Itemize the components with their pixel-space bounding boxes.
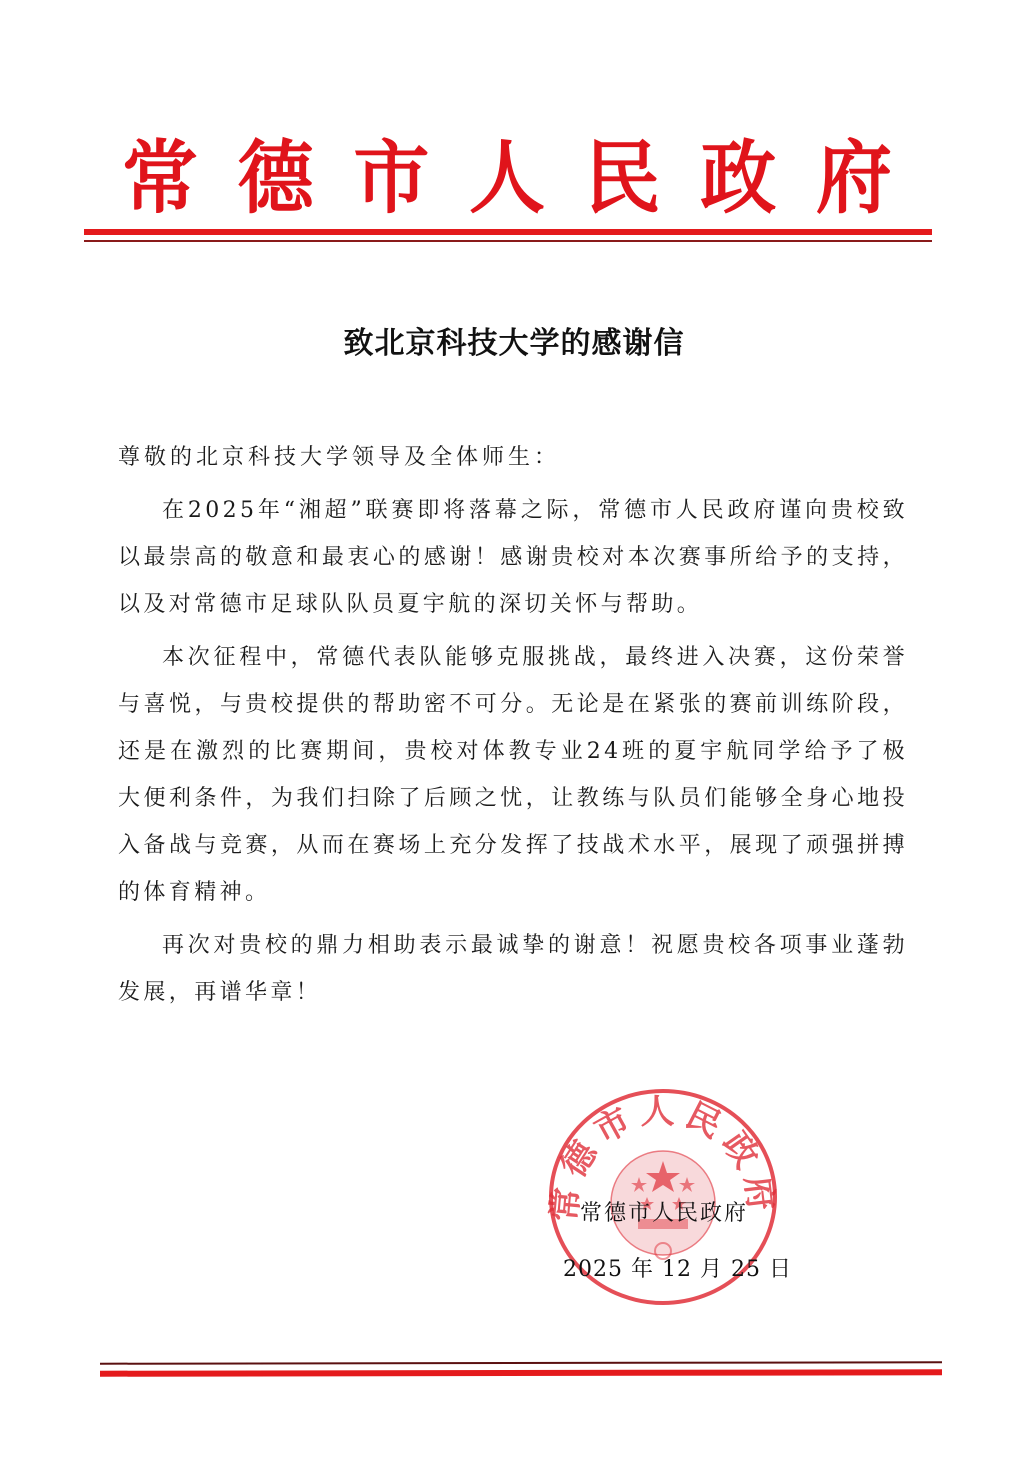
letterhead-org-name: 常 德 市 人 民 政 府	[84, 128, 932, 228]
letter-title: 致北京科技大学的感谢信	[0, 318, 1028, 362]
footer-rule-thin	[100, 1361, 942, 1364]
body-paragraph: 再次对贵校的鼎力相助表示最诚挚的谢意！祝愿贵校各项事业蓬勃发展，再谱华章！	[118, 922, 908, 1016]
signature-date: 2025 年 12 月 25 日	[563, 1252, 792, 1283]
letterhead-char: 民	[585, 138, 661, 218]
letterhead-char: 常	[122, 138, 198, 218]
header-rule-thick	[84, 229, 932, 235]
letter-body: 在2025年“湘超”联赛即将落幕之际，常德市人民政府谨向贵校致以最崇高的敬意和最…	[118, 487, 908, 1022]
body-paragraph: 在2025年“湘超”联赛即将落幕之际，常德市人民政府谨向贵校致以最崇高的敬意和最…	[118, 487, 908, 628]
signature-organization: 常德市人民政府	[580, 1196, 748, 1227]
letterhead-char: 府	[816, 138, 892, 218]
letterhead-char: 政	[700, 138, 776, 218]
letterhead-char: 市	[353, 138, 429, 218]
header-rule-thin	[84, 240, 932, 242]
footer-rule-thick	[100, 1369, 942, 1376]
letterhead-char: 人	[469, 138, 545, 218]
body-paragraph: 本次征程中，常德代表队能够克服挑战，最终进入决赛，这份荣誉与喜悦，与贵校提供的帮…	[118, 634, 908, 916]
letter-salutation: 尊敬的北京科技大学领导及全体师生：	[118, 440, 560, 471]
letterhead-char: 德	[238, 138, 314, 218]
